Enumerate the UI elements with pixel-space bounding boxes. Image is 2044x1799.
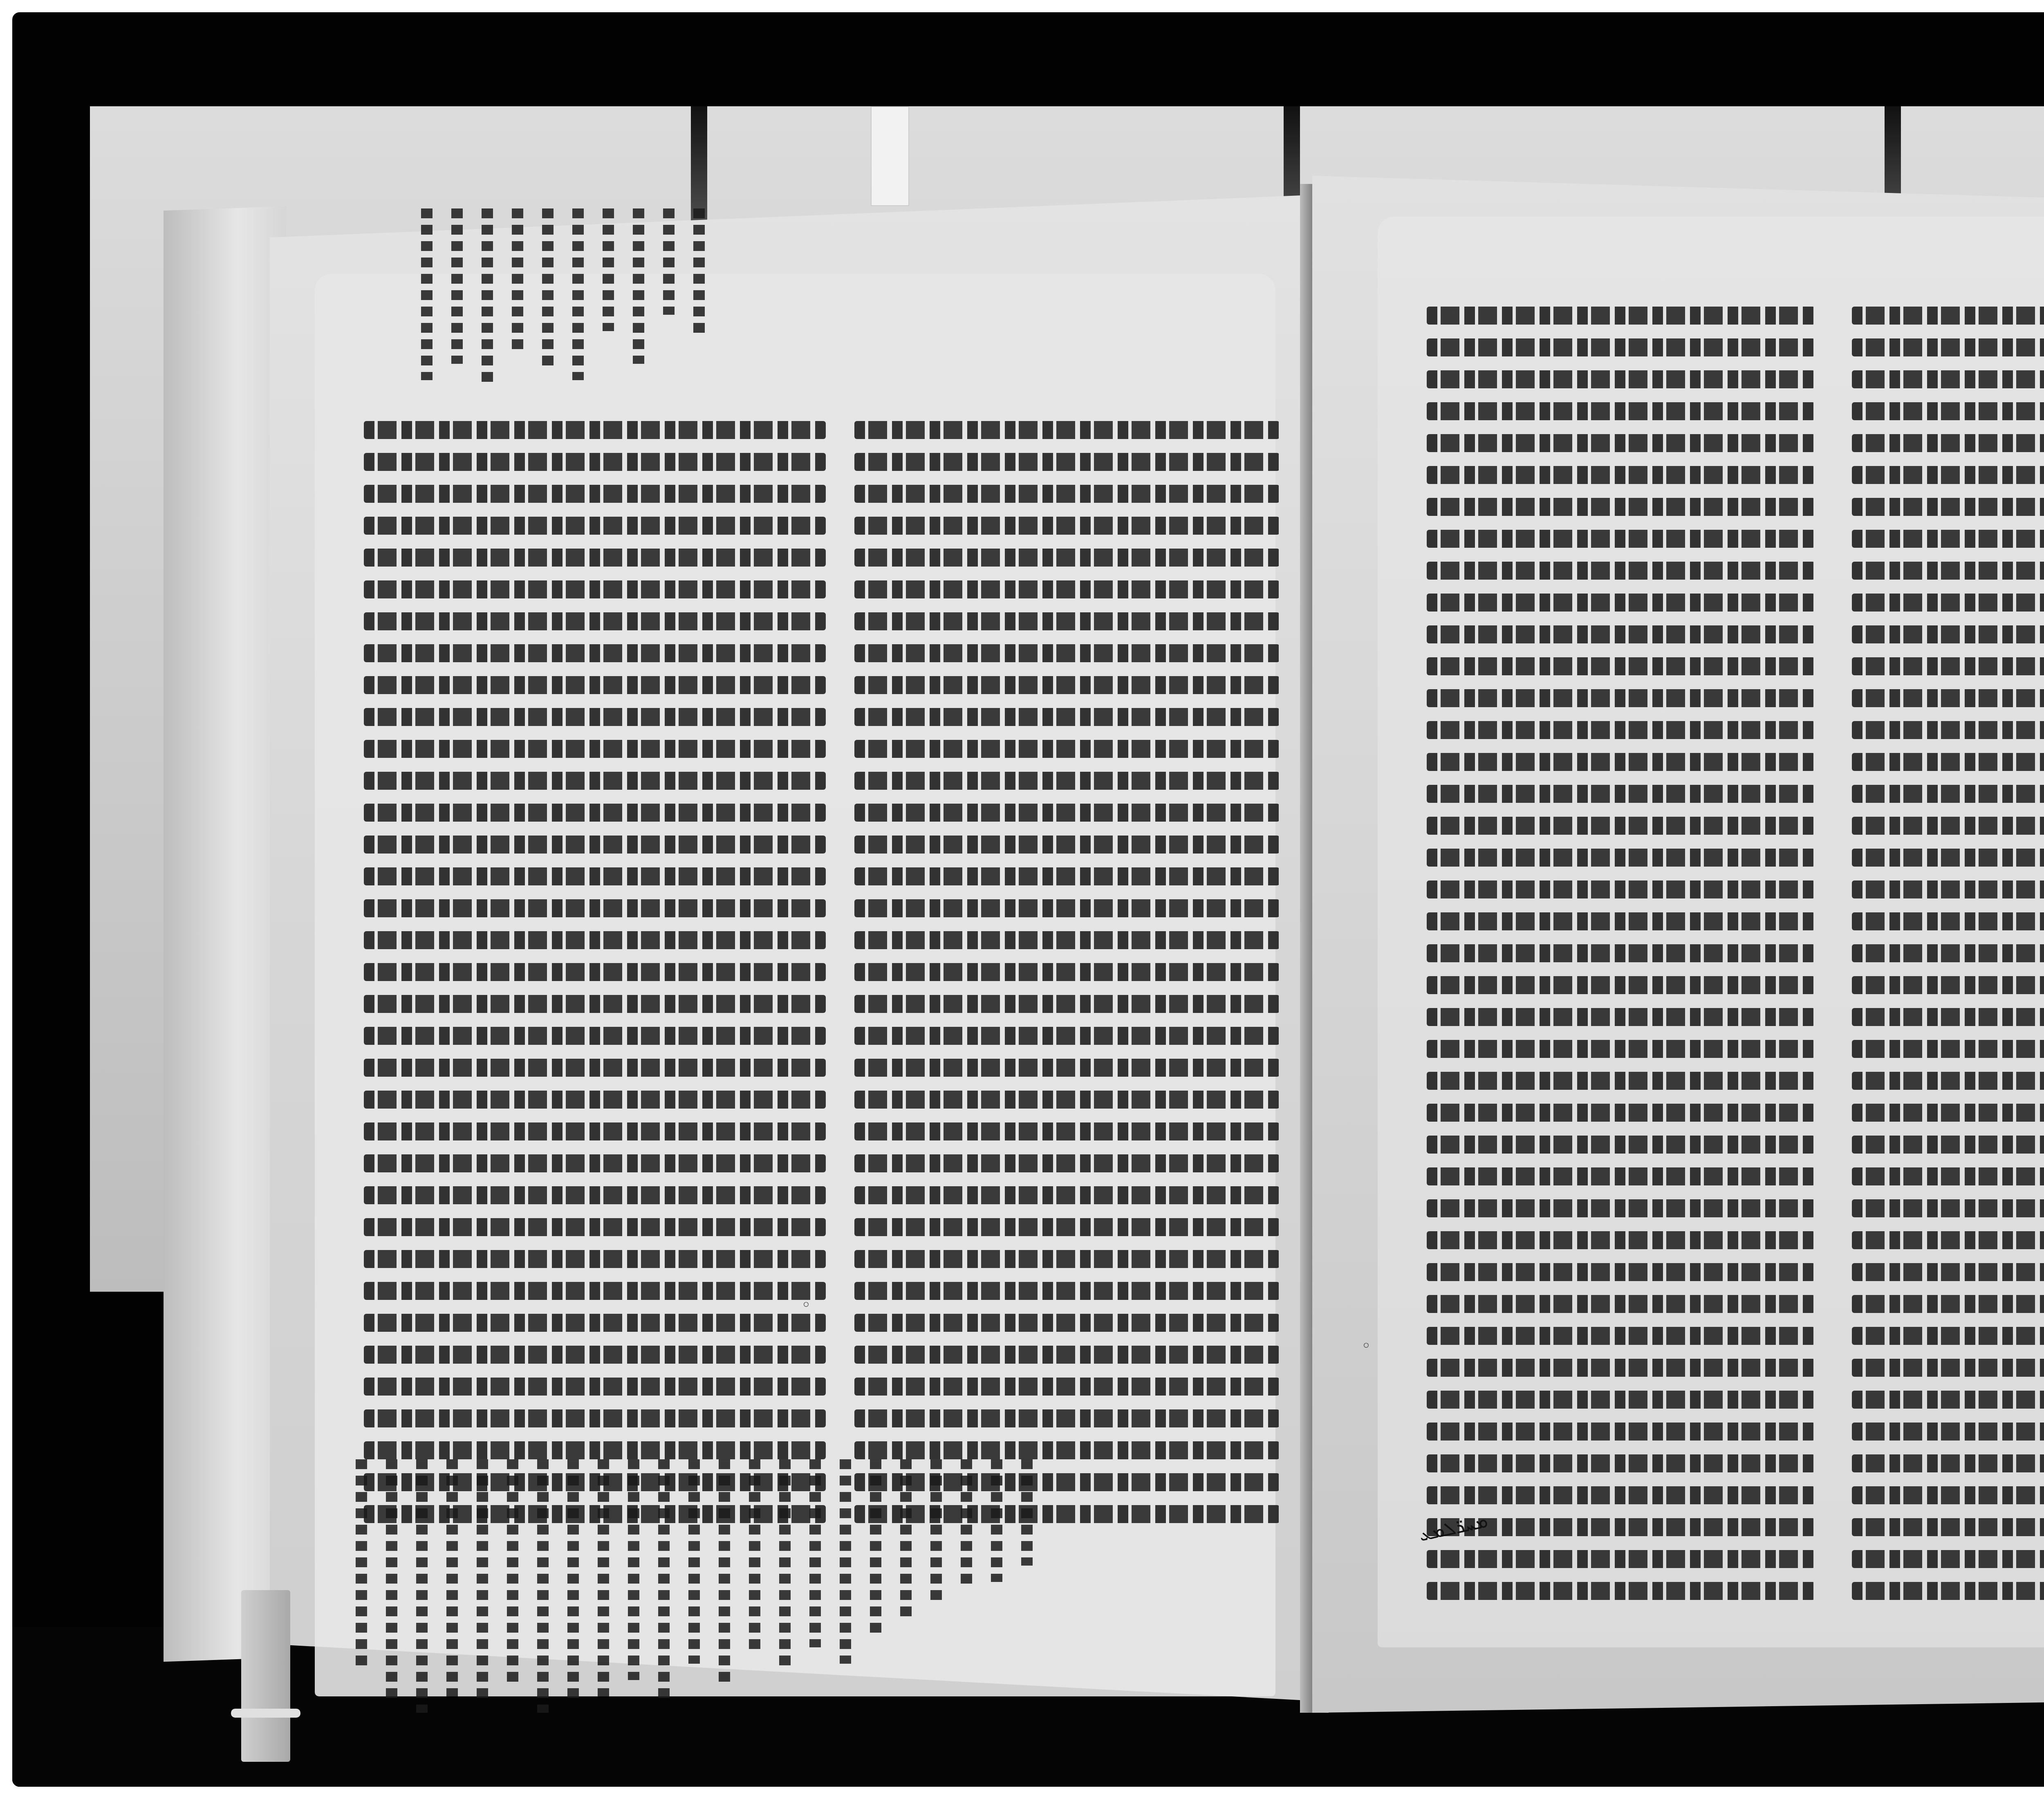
marginal-siglum: ◦ (1361, 1337, 1371, 1355)
marginal-siglum: ◦ (801, 1296, 811, 1315)
left-page-column-2 (854, 421, 1280, 1523)
clothespin (241, 1590, 290, 1762)
right-page-column-2 (1852, 307, 2044, 1600)
lower-vertical-annotations (356, 1459, 1033, 1721)
photo-frame: ◦ ◦ ◦ ܡܚܪ̈ܠܡܥ Black-and-white photograph… (12, 12, 2044, 1787)
clothespin-spring (231, 1709, 300, 1718)
left-page-column-1 (364, 421, 826, 1523)
manuscript-book: ◦ ◦ ◦ (135, 159, 2044, 1754)
left-page-block-edge (164, 206, 286, 1662)
paper-tab (871, 106, 909, 206)
top-marginalia (421, 208, 705, 397)
right-page-column-1 (1427, 307, 1815, 1600)
